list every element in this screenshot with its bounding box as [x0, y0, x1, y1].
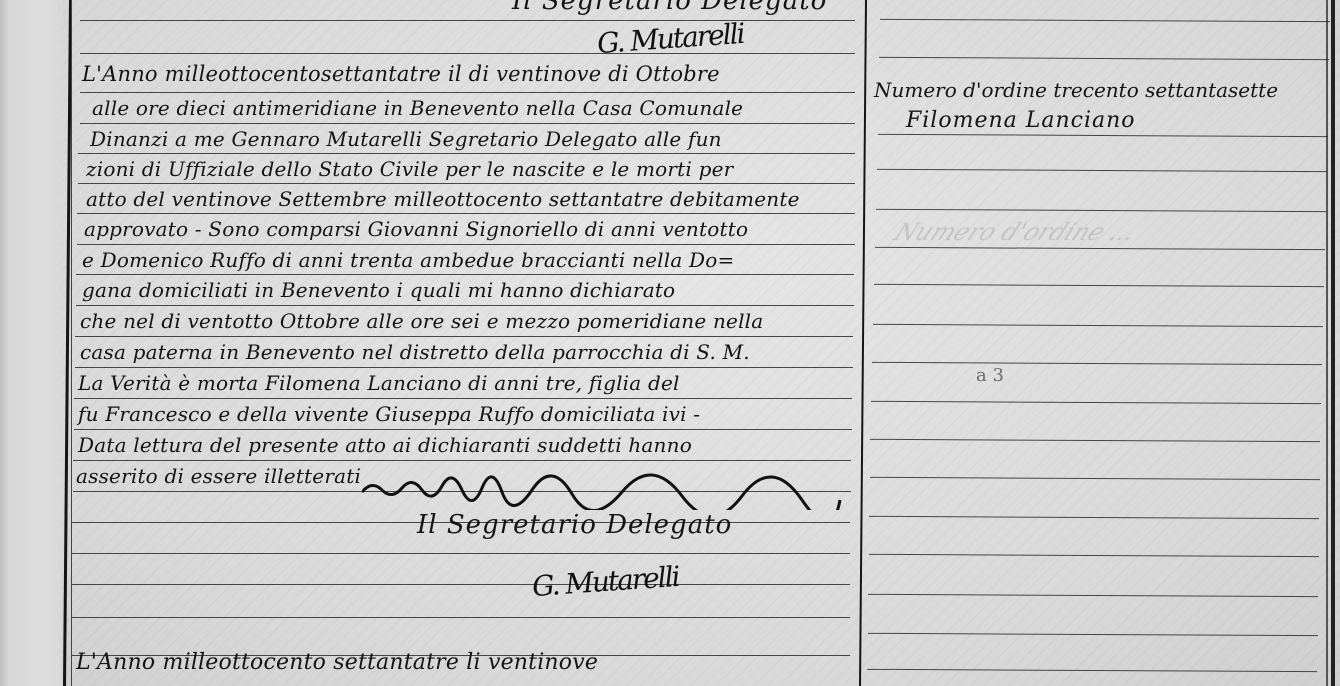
margin-order-number: Numero d'ordine trecento settantasette [874, 78, 1278, 102]
bleedthrough-text: Numero d'ordine ... [889, 218, 1140, 246]
pencil-annotation: a 3 [976, 365, 1004, 386]
record-margin-column: Numero d'ordine trecento settantasette F… [866, 0, 1326, 686]
record-line-13: Data lettura del presente atto ai dichia… [78, 433, 692, 457]
record-line-1: L'Anno milleottocentosettantatre il di v… [82, 62, 720, 86]
margin-deceased-name: Filomena Lanciano [906, 108, 1136, 133]
record-line-2: alle ore dieci antimeridiane in Benevent… [92, 96, 743, 120]
right-border-rule [1331, 0, 1335, 686]
register-page: Il Segretario Delegato G. Mutarelli L'An… [0, 0, 1340, 686]
previous-record-title: Il Segretario Delegato [512, 0, 827, 16]
previous-record-signature: G. Mutarelli [596, 17, 745, 60]
record-line-14: asserito di essere illetterati [76, 464, 361, 488]
record-line-6: approvato - Sono comparsi Giovanni Signo… [84, 217, 748, 241]
right-border-rule-thin [1326, 0, 1328, 686]
record-main-column: Il Segretario Delegato G. Mutarelli L'An… [72, 0, 860, 686]
record-line-8: gana domiciliati in Benevento i quali mi… [82, 278, 675, 302]
record-line-3: Dinanzi a me Gennaro Mutarelli Segretari… [90, 127, 722, 151]
line-filler-flourish [362, 470, 842, 510]
record-line-5: atto del ventinove Settembre milleottoce… [86, 187, 800, 211]
page-gutter [0, 0, 62, 686]
record-line-10: casa paterna in Benevento nel distretto … [80, 340, 750, 364]
record-line-12: fu Francesco e della vivente Giuseppa Ru… [78, 402, 700, 426]
record-line-7: e Domenico Ruffo di anni trenta ambedue … [82, 248, 734, 272]
closing-title: Il Segretario Delegato [417, 510, 732, 540]
next-record-start: L'Anno milleottocento settantatre li ven… [76, 650, 598, 675]
record-line-11: La Verità è morta Filomena Lanciano di a… [78, 371, 680, 395]
record-line-4: zioni di Uffiziale dello Stato Civile pe… [86, 157, 733, 181]
closing-signature: G. Mutarelli [531, 560, 680, 603]
record-line-9: che nel di ventotto Ottobre alle ore sei… [80, 309, 763, 333]
